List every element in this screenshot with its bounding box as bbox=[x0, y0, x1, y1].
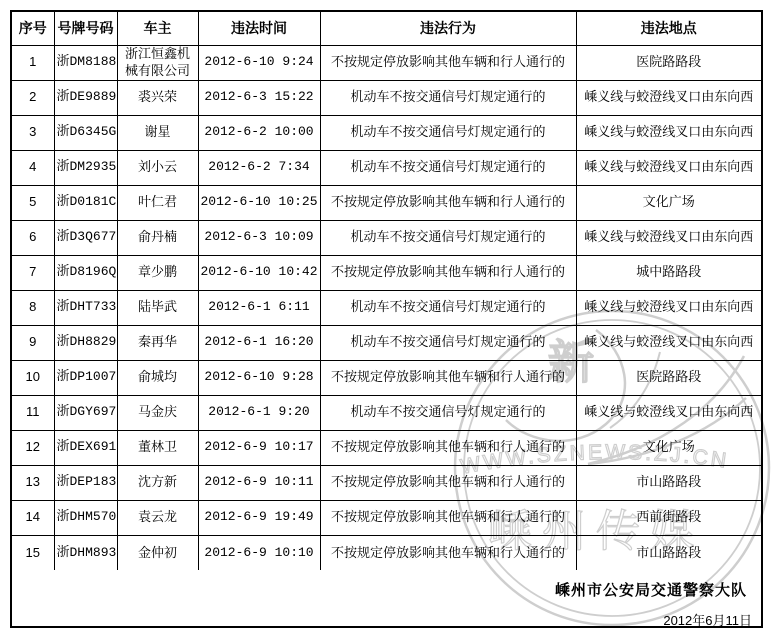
cell-behavior: 机动车不按交通信号灯规定通行的 bbox=[320, 325, 576, 360]
cell-plate: 浙DE9889 bbox=[54, 80, 117, 115]
cell-owner: 沈方新 bbox=[117, 465, 198, 500]
cell-behavior: 不按规定停放影响其他车辆和行人通行的 bbox=[320, 45, 576, 80]
cell-time: 2012-6-2 10:00 bbox=[198, 115, 320, 150]
cell-plate: 浙D0181C bbox=[54, 185, 117, 220]
table-row: 6 浙D3Q677 俞丹楠 2012-6-3 10:09 机动车不按交通信号灯规… bbox=[12, 220, 761, 255]
table-row: 8 浙DHT733 陆毕武 2012-6-1 6:11 机动车不按交通信号灯规定… bbox=[12, 290, 761, 325]
cell-owner: 陆毕武 bbox=[117, 290, 198, 325]
cell-location: 西前街路段 bbox=[576, 500, 761, 535]
cell-location: 医院路路段 bbox=[576, 360, 761, 395]
col-header-owner: 车主 bbox=[117, 12, 198, 45]
cell-time: 2012-6-1 6:11 bbox=[198, 290, 320, 325]
table-body: 1 浙DM8188 浙江恒鑫机械有限公司 2012-6-10 9:24 不按规定… bbox=[12, 45, 761, 570]
cell-plate: 浙DEX691 bbox=[54, 430, 117, 465]
cell-time: 2012-6-9 10:10 bbox=[198, 535, 320, 570]
cell-seq: 5 bbox=[12, 185, 54, 220]
cell-owner: 俞丹楠 bbox=[117, 220, 198, 255]
cell-plate: 浙DP1007 bbox=[54, 360, 117, 395]
cell-location: 嵊义线与蛟澄线叉口由东向西 bbox=[576, 150, 761, 185]
cell-behavior: 机动车不按交通信号灯规定通行的 bbox=[320, 115, 576, 150]
cell-time: 2012-6-10 9:24 bbox=[198, 45, 320, 80]
cell-behavior: 机动车不按交通信号灯规定通行的 bbox=[320, 290, 576, 325]
cell-plate: 浙DGY697 bbox=[54, 395, 117, 430]
cell-location: 嵊义线与蛟澄线叉口由东向西 bbox=[576, 290, 761, 325]
cell-plate: 浙D8196Q bbox=[54, 255, 117, 290]
cell-behavior: 不按规定停放影响其他车辆和行人通行的 bbox=[320, 535, 576, 570]
cell-time: 2012-6-1 9:20 bbox=[198, 395, 320, 430]
cell-seq: 6 bbox=[12, 220, 54, 255]
table-row: 15 浙DHM893 金仲初 2012-6-9 10:10 不按规定停放影响其他… bbox=[12, 535, 761, 570]
cell-owner: 董林卫 bbox=[117, 430, 198, 465]
document-page: 新 WWW.SZNEWS.ZJ.CN 嵊州传媒 序号 号 bbox=[0, 0, 776, 634]
cell-time: 2012-6-10 10:42 bbox=[198, 255, 320, 290]
cell-location: 文化广场 bbox=[576, 430, 761, 465]
cell-location: 文化广场 bbox=[576, 185, 761, 220]
col-header-time: 违法时间 bbox=[198, 12, 320, 45]
cell-seq: 11 bbox=[12, 395, 54, 430]
table-row: 1 浙DM8188 浙江恒鑫机械有限公司 2012-6-10 9:24 不按规定… bbox=[12, 45, 761, 80]
table-row: 5 浙D0181C 叶仁君 2012-6-10 10:25 不按规定停放影响其他… bbox=[12, 185, 761, 220]
cell-time: 2012-6-3 15:22 bbox=[198, 80, 320, 115]
cell-seq: 7 bbox=[12, 255, 54, 290]
cell-seq: 15 bbox=[12, 535, 54, 570]
cell-plate: 浙DM2935 bbox=[54, 150, 117, 185]
table-row: 10 浙DP1007 俞城均 2012-6-10 9:28 不按规定停放影响其他… bbox=[12, 360, 761, 395]
cell-behavior: 不按规定停放影响其他车辆和行人通行的 bbox=[320, 255, 576, 290]
table-row: 7 浙D8196Q 章少鹏 2012-6-10 10:42 不按规定停放影响其他… bbox=[12, 255, 761, 290]
cell-owner: 金仲初 bbox=[117, 535, 198, 570]
cell-owner: 谢星 bbox=[117, 115, 198, 150]
cell-behavior: 不按规定停放影响其他车辆和行人通行的 bbox=[320, 465, 576, 500]
cell-plate: 浙DHM893 bbox=[54, 535, 117, 570]
col-header-location: 违法地点 bbox=[576, 12, 761, 45]
cell-owner: 浙江恒鑫机械有限公司 bbox=[117, 45, 198, 80]
cell-time: 2012-6-9 10:11 bbox=[198, 465, 320, 500]
cell-owner: 裘兴荣 bbox=[117, 80, 198, 115]
cell-plate: 浙D3Q677 bbox=[54, 220, 117, 255]
cell-seq: 14 bbox=[12, 500, 54, 535]
table-frame: 序号 号牌号码 车主 违法时间 违法行为 违法地点 1 浙DM8188 浙江恒鑫… bbox=[10, 10, 763, 628]
cell-behavior: 不按规定停放影响其他车辆和行人通行的 bbox=[320, 500, 576, 535]
table-row: 9 浙DH8829 秦再华 2012-6-1 16:20 机动车不按交通信号灯规… bbox=[12, 325, 761, 360]
cell-location: 嵊义线与蛟澄线叉口由东向西 bbox=[576, 325, 761, 360]
cell-location: 城中路路段 bbox=[576, 255, 761, 290]
cell-behavior: 不按规定停放影响其他车辆和行人通行的 bbox=[320, 360, 576, 395]
cell-time: 2012-6-2 7:34 bbox=[198, 150, 320, 185]
cell-time: 2012-6-9 19:49 bbox=[198, 500, 320, 535]
cell-plate: 浙DHT733 bbox=[54, 290, 117, 325]
header-row: 序号 号牌号码 车主 违法时间 违法行为 违法地点 bbox=[12, 12, 761, 45]
issue-date: 2012年6月11日 bbox=[12, 600, 761, 629]
cell-seq: 8 bbox=[12, 290, 54, 325]
cell-location: 市山路路段 bbox=[576, 535, 761, 570]
table-row: 11 浙DGY697 马金庆 2012-6-1 9:20 机动车不按交通信号灯规… bbox=[12, 395, 761, 430]
cell-seq: 3 bbox=[12, 115, 54, 150]
cell-time: 2012-6-9 10:17 bbox=[198, 430, 320, 465]
col-header-plate: 号牌号码 bbox=[54, 12, 117, 45]
issuer-name: 嵊州市公安局交通警察大队 bbox=[12, 570, 761, 600]
cell-plate: 浙DH8829 bbox=[54, 325, 117, 360]
cell-plate: 浙DM8188 bbox=[54, 45, 117, 80]
cell-behavior: 机动车不按交通信号灯规定通行的 bbox=[320, 150, 576, 185]
cell-seq: 1 bbox=[12, 45, 54, 80]
cell-owner: 袁云龙 bbox=[117, 500, 198, 535]
col-header-seq: 序号 bbox=[12, 12, 54, 45]
cell-behavior: 机动车不按交通信号灯规定通行的 bbox=[320, 395, 576, 430]
table-row: 4 浙DM2935 刘小云 2012-6-2 7:34 机动车不按交通信号灯规定… bbox=[12, 150, 761, 185]
cell-owner: 马金庆 bbox=[117, 395, 198, 430]
table-row: 3 浙D6345G 谢星 2012-6-2 10:00 机动车不按交通信号灯规定… bbox=[12, 115, 761, 150]
cell-owner: 俞城均 bbox=[117, 360, 198, 395]
cell-owner: 秦再华 bbox=[117, 325, 198, 360]
cell-time: 2012-6-10 10:25 bbox=[198, 185, 320, 220]
footer: 嵊州市公安局交通警察大队 2012年6月11日 bbox=[12, 570, 761, 625]
table-row: 13 浙DEP183 沈方新 2012-6-9 10:11 不按规定停放影响其他… bbox=[12, 465, 761, 500]
table-row: 14 浙DHM570 袁云龙 2012-6-9 19:49 不按规定停放影响其他… bbox=[12, 500, 761, 535]
cell-seq: 9 bbox=[12, 325, 54, 360]
cell-plate: 浙DHM570 bbox=[54, 500, 117, 535]
cell-seq: 10 bbox=[12, 360, 54, 395]
cell-behavior: 机动车不按交通信号灯规定通行的 bbox=[320, 80, 576, 115]
cell-time: 2012-6-10 9:28 bbox=[198, 360, 320, 395]
table-row: 2 浙DE9889 裘兴荣 2012-6-3 15:22 机动车不按交通信号灯规… bbox=[12, 80, 761, 115]
cell-time: 2012-6-1 16:20 bbox=[198, 325, 320, 360]
cell-time: 2012-6-3 10:09 bbox=[198, 220, 320, 255]
cell-location: 医院路路段 bbox=[576, 45, 761, 80]
cell-location: 嵊义线与蛟澄线叉口由东向西 bbox=[576, 395, 761, 430]
cell-behavior: 不按规定停放影响其他车辆和行人通行的 bbox=[320, 430, 576, 465]
violations-table: 序号 号牌号码 车主 违法时间 违法行为 违法地点 1 浙DM8188 浙江恒鑫… bbox=[12, 12, 761, 570]
cell-seq: 2 bbox=[12, 80, 54, 115]
cell-behavior: 机动车不按交通信号灯规定通行的 bbox=[320, 220, 576, 255]
cell-location: 嵊义线与蛟澄线叉口由东向西 bbox=[576, 80, 761, 115]
cell-seq: 13 bbox=[12, 465, 54, 500]
cell-location: 市山路路段 bbox=[576, 465, 761, 500]
cell-behavior: 不按规定停放影响其他车辆和行人通行的 bbox=[320, 185, 576, 220]
cell-seq: 12 bbox=[12, 430, 54, 465]
cell-location: 嵊义线与蛟澄线叉口由东向西 bbox=[576, 115, 761, 150]
cell-owner: 叶仁君 bbox=[117, 185, 198, 220]
table-row: 12 浙DEX691 董林卫 2012-6-9 10:17 不按规定停放影响其他… bbox=[12, 430, 761, 465]
cell-owner: 刘小云 bbox=[117, 150, 198, 185]
cell-plate: 浙DEP183 bbox=[54, 465, 117, 500]
cell-plate: 浙D6345G bbox=[54, 115, 117, 150]
cell-location: 嵊义线与蛟澄线叉口由东向西 bbox=[576, 220, 761, 255]
cell-seq: 4 bbox=[12, 150, 54, 185]
col-header-behavior: 违法行为 bbox=[320, 12, 576, 45]
cell-owner: 章少鹏 bbox=[117, 255, 198, 290]
